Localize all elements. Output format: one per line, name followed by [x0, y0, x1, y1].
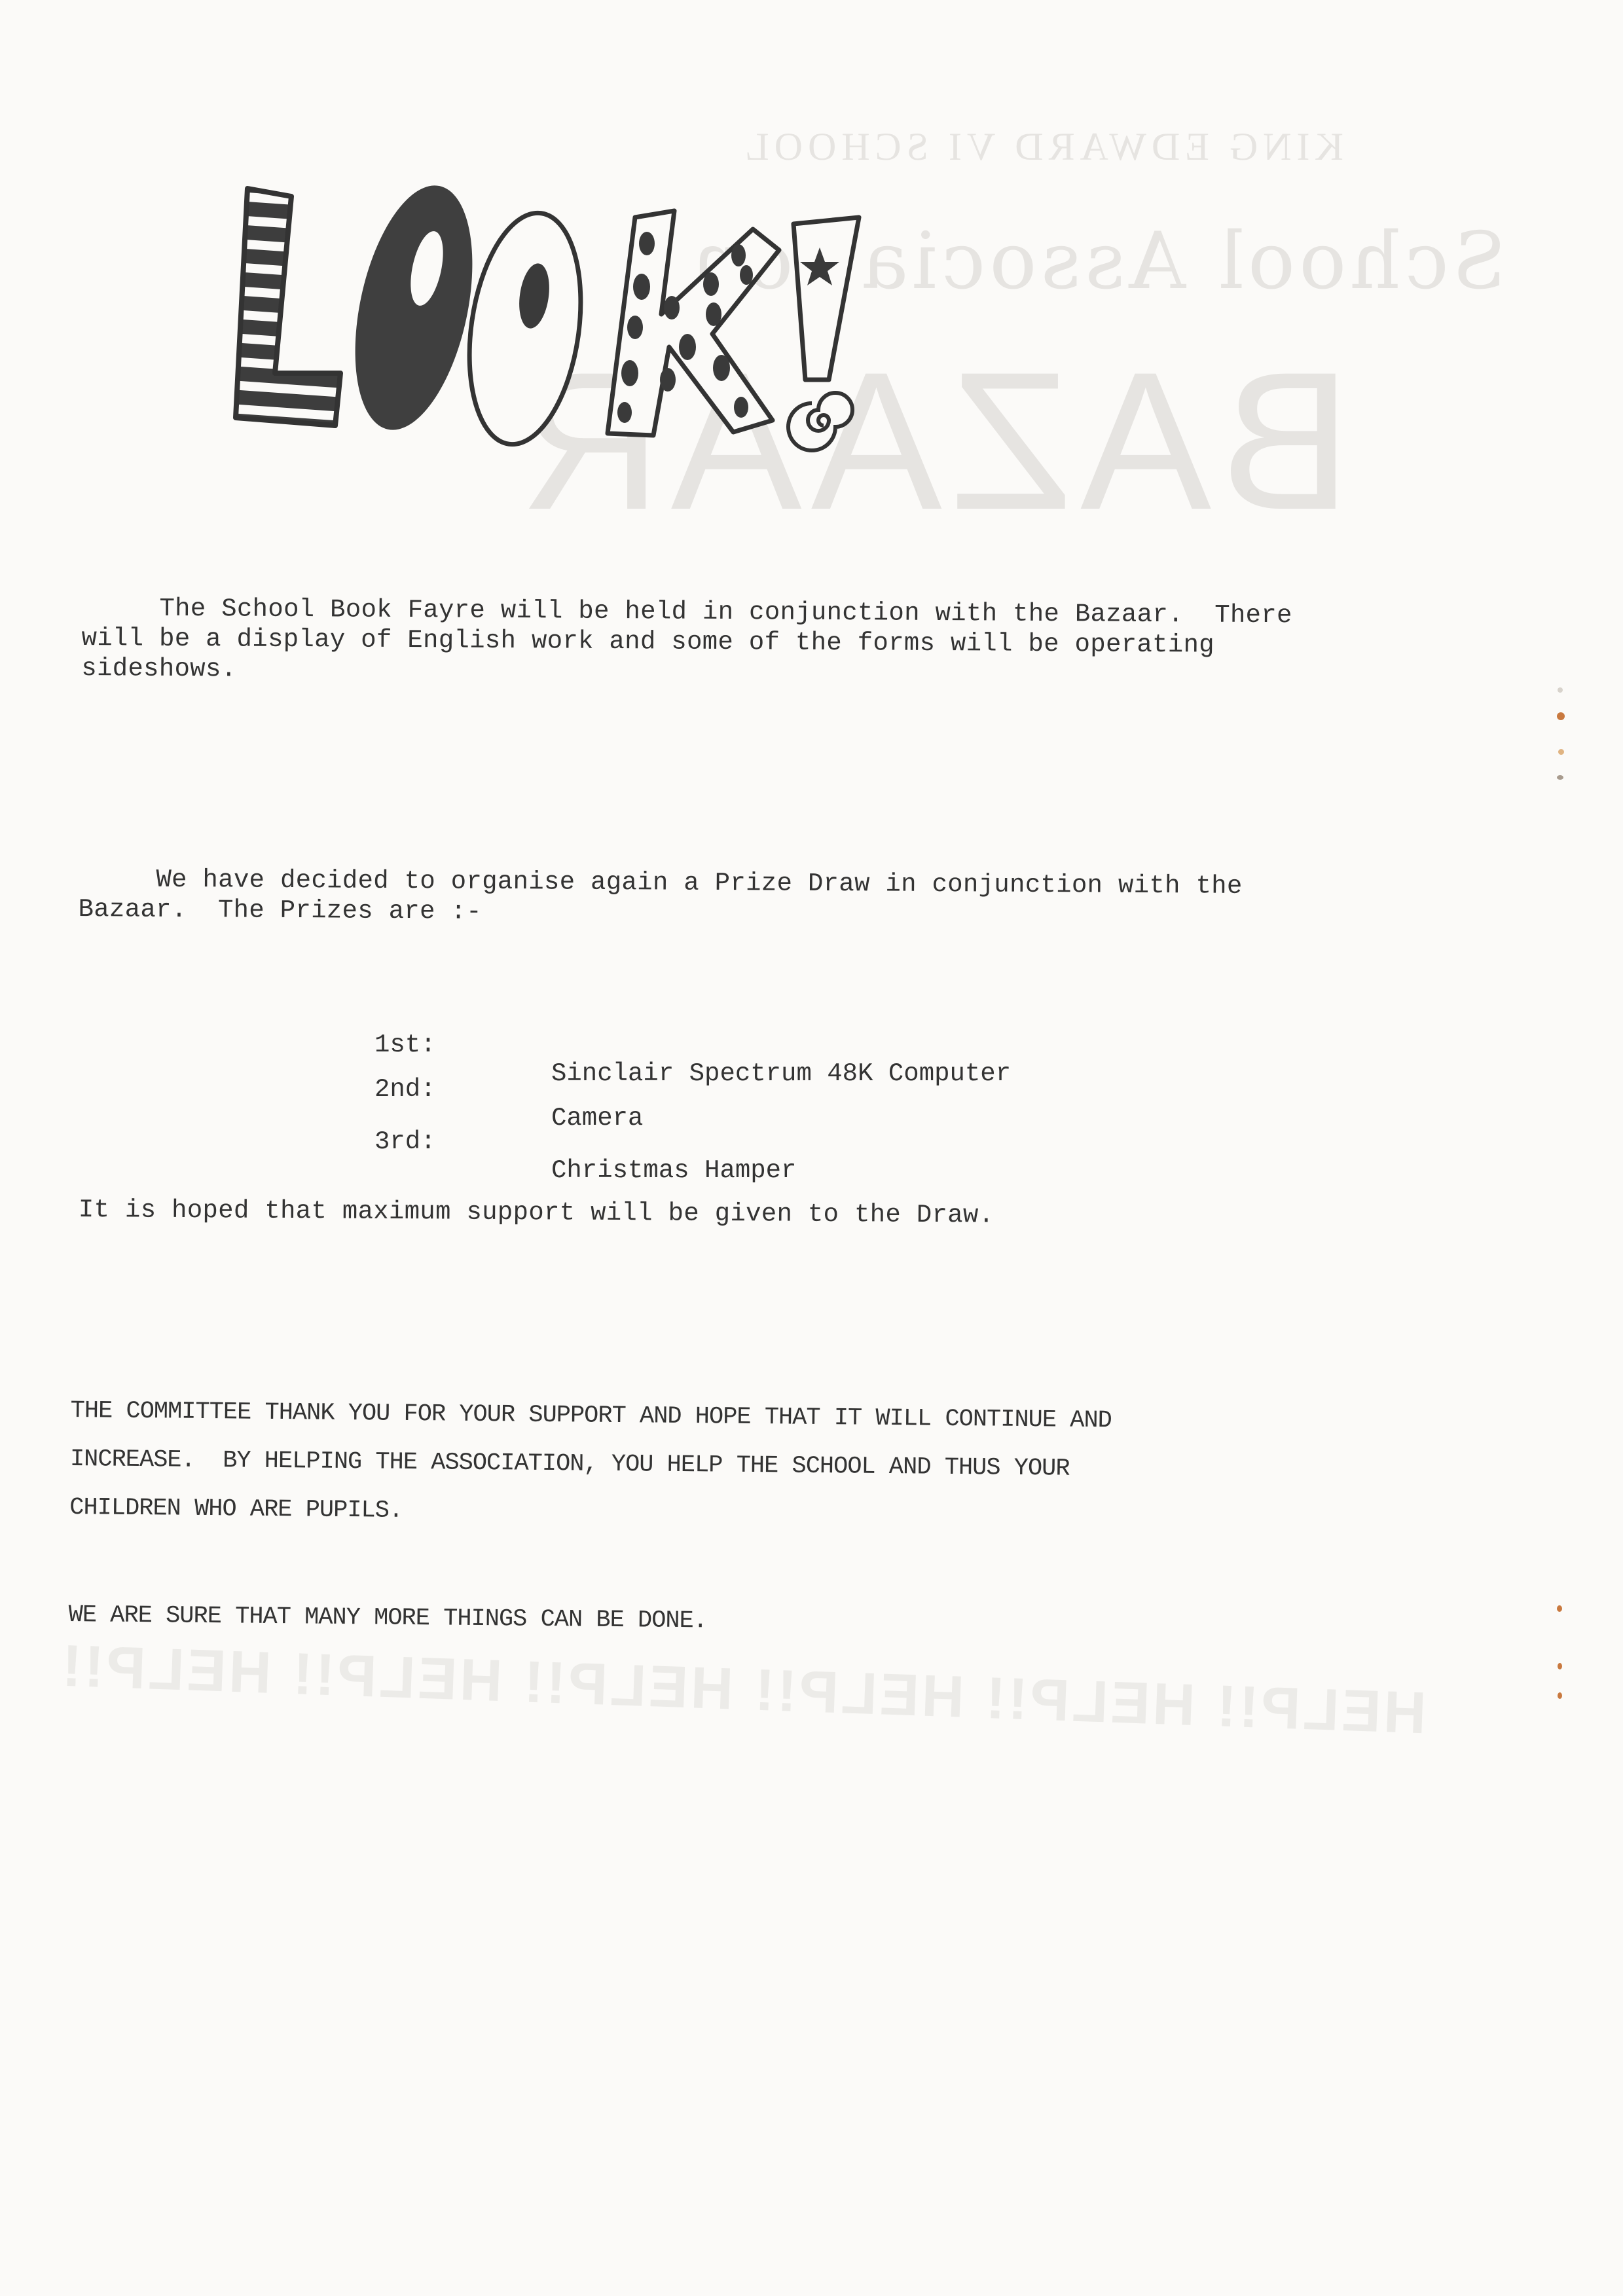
letter-k-dotted [608, 211, 779, 435]
prize-draw-paragraph: We have decided to organise again a Priz… [78, 864, 1242, 932]
look-title-artwork [229, 177, 1093, 465]
spiral-icon [788, 393, 852, 450]
show-through-school-name: KING EDWARD VI SCHOOL [740, 124, 1343, 170]
support-sentence: It is hoped that maximum support will be… [79, 1195, 994, 1231]
prize-rank: 3rd: [374, 1127, 436, 1156]
letter-l-striped [236, 189, 340, 426]
punch-mark [1558, 687, 1563, 693]
punch-mark [1557, 775, 1563, 780]
punch-mark [1558, 1692, 1562, 1699]
punch-mark [1558, 749, 1564, 755]
prize-item: Christmas Hamper [551, 1156, 796, 1185]
closing-sentence: WE ARE SURE THAT MANY MORE THINGS CAN BE… [68, 1591, 707, 1645]
book-fayre-paragraph: The School Book Fayre will be held in co… [81, 593, 1292, 691]
punch-mark [1558, 1663, 1562, 1669]
punch-mark [1557, 712, 1565, 720]
letter-o-outline [456, 206, 594, 451]
prize-item: Sinclair Spectrum 48K Computer [551, 1059, 1011, 1088]
committee-paragraph: THE COMMITTEE THANK YOU FOR YOUR SUPPORT… [69, 1387, 1112, 1542]
document-page: KING EDWARD VI SCHOOL School Association… [0, 0, 1623, 2296]
prize-item: Camera [551, 1104, 643, 1133]
show-through-help-banner: HELP!! HELP!! HELP!! HELP!! HELP!! HELP!… [58, 1633, 1427, 1748]
punch-mark [1557, 1605, 1562, 1612]
letter-o-solid [335, 177, 492, 441]
exclamation-mark [788, 217, 859, 450]
